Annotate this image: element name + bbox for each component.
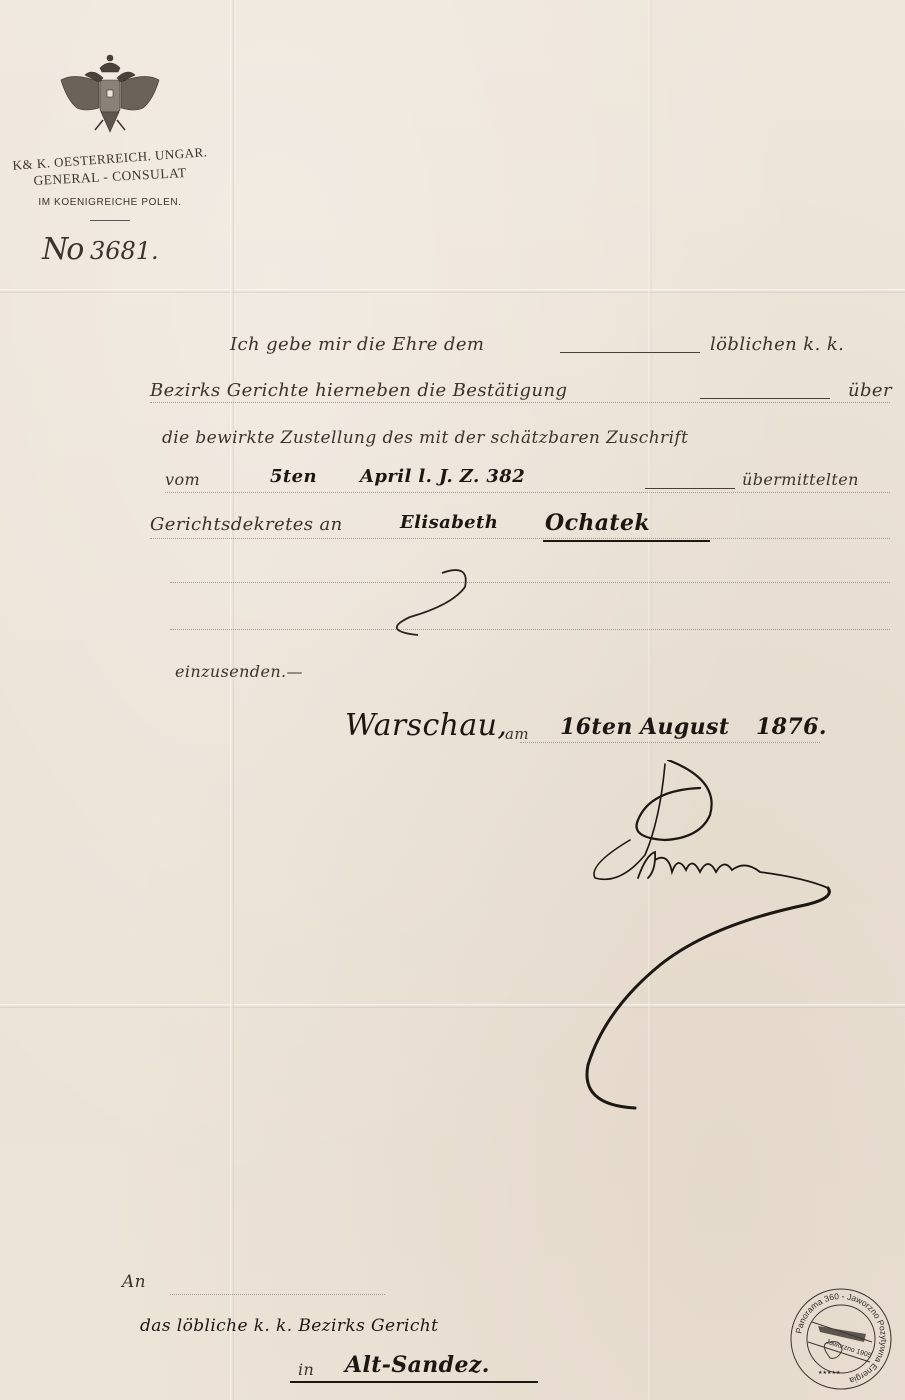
document-number: No 3681. [42, 232, 159, 267]
letterhead-line-3: IM KOENIGREICHE POLEN. [0, 197, 220, 208]
body-line-3: die bewirkte Zustellung des mit der schä… [162, 428, 688, 448]
body-line-4-day: 5ten [270, 466, 317, 487]
body-line-4-dash [645, 488, 735, 489]
address-place: Alt-Sandez. [345, 1352, 490, 1378]
address-underline [290, 1381, 538, 1383]
body-line-1-start: Ich gebe mir die Ehre dem [230, 334, 484, 355]
body-line-1-dash [560, 352, 700, 353]
date-year: 1876. [756, 714, 827, 740]
recipient-last-name: Ochatek [545, 510, 650, 536]
signature-icon [560, 760, 860, 1110]
body-line-2-dash [700, 398, 830, 399]
rule-line-5 [150, 538, 890, 539]
body-line-2-start: Bezirks Gerichte hierneben die Bestätigu… [150, 380, 567, 401]
body-line-2-end: über [848, 380, 892, 401]
name-underline [543, 540, 710, 542]
fold-line-horizontal-top [0, 289, 905, 293]
body-line-4-date: April l. J. Z. 382 [360, 466, 525, 487]
recipient-first-name: Elisabeth [400, 512, 498, 533]
date-am: am [505, 725, 529, 743]
body-line-1-end: löblichen k. k. [710, 334, 844, 355]
body-line-5-start: Gerichtsdekretes an [150, 514, 343, 535]
letterhead-rule [90, 220, 130, 221]
number-prefix: No [42, 232, 82, 267]
stamp-stars: ★★★★★ [818, 1370, 841, 1376]
rule-line-7 [170, 629, 890, 630]
date-month: August [640, 714, 729, 740]
fold-line-vertical-left [230, 0, 234, 1400]
rule-address-an [170, 1294, 385, 1295]
date-day: 16ten [560, 714, 633, 740]
bracket-flourish-icon [380, 565, 480, 640]
watermark-stamp-icon: Panorama 360 - Jaworzno Pozytywna Energi… [786, 1284, 896, 1394]
place-name: Warschau, [345, 708, 507, 743]
body-line-4-vom: vom [165, 470, 200, 489]
closing-word: einzusenden.— [175, 662, 303, 681]
body-line-4-end: übermittelten [742, 470, 859, 489]
rule-line-2 [150, 402, 890, 403]
letterhead: K& K. OESTERREICH. UNGAR. GENERAL - CONS… [0, 50, 220, 221]
address-in: in [298, 1360, 314, 1379]
address-an: An [122, 1272, 146, 1292]
rule-line-4 [165, 492, 890, 493]
rule-line-6 [170, 582, 890, 583]
number-value: 3681. [90, 237, 159, 265]
double-headed-eagle-icon [55, 50, 165, 145]
fold-line-vertical-right [648, 0, 652, 1400]
address-recipient: das löbliche k. k. Bezirks Gericht [140, 1316, 438, 1336]
rule-date [520, 742, 820, 743]
stamp-inner-text: Jaworzno 1905 [825, 1338, 872, 1359]
